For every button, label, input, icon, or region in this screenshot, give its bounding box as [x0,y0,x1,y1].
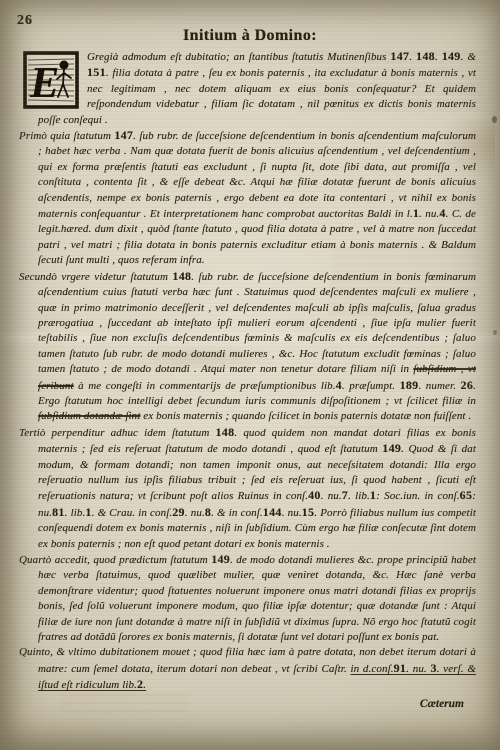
paragraph-text: accedit, quod prædictum ſtatutum 149. de… [38,554,476,643]
paragraph-lead: Quartò [19,554,51,566]
paragraph-exordium: E Gregià admodum eſt dubitatio; an ſtant… [38,49,476,128]
paragraph-quarto: Quartò accedit, quod prædictum ſtatutum … [38,552,476,645]
paragraph-quinto: Quinto, & vltimo dubitationem mouet ; qu… [38,645,476,693]
drop-cap-letter: E [29,58,59,107]
paragraph-text: quia ſtatutum 147. ſub rubr. de ſucceſsi… [38,130,476,266]
paragraph-lead: Primò [19,130,47,142]
drop-cap-woodcut: E [23,51,79,109]
ink-speck [493,330,497,335]
running-header: Initium à Domino: [0,0,500,45]
text-block: E Gregià admodum eſt dubitatio; an ſtant… [38,49,476,694]
paragraph-text: vrgere videtur ſtatutum 148. ſub rubr. d… [38,271,476,375]
paragraph-text: Gregià admodum eſt dubitatio; an ſtantib… [38,51,476,126]
ink-speck [492,116,497,123]
book-page-scan: 26 Initium à Domino: [0,0,500,750]
paragraph-text: ex bonis maternis ; quando ſcilicet in b… [140,410,471,422]
paragraph-lead: Secundò [19,271,57,283]
paragraph-text: perpenditur adhuc idem ſtatutum 148. quo… [38,427,476,550]
catchword: Cæterum [0,698,464,710]
paragraph-primo: Primò quia ſtatutum 147. ſub rubr. de ſu… [38,128,476,269]
paragraph-lead: Tertiò [19,427,45,439]
paragraph-secundo: Secundò vrgere videtur ſtatutum 148. ſub… [38,269,476,425]
hand-strikethrough: ſubſidium dotandæ ſint [38,410,140,422]
paragraph-lead: Quinto [19,646,50,658]
paragraph-tertio: Tertiò perpenditur adhuc idem ſtatutum 1… [38,425,476,552]
paragraph-text: à me congeſti in commentarijs de præſump… [38,380,476,407]
